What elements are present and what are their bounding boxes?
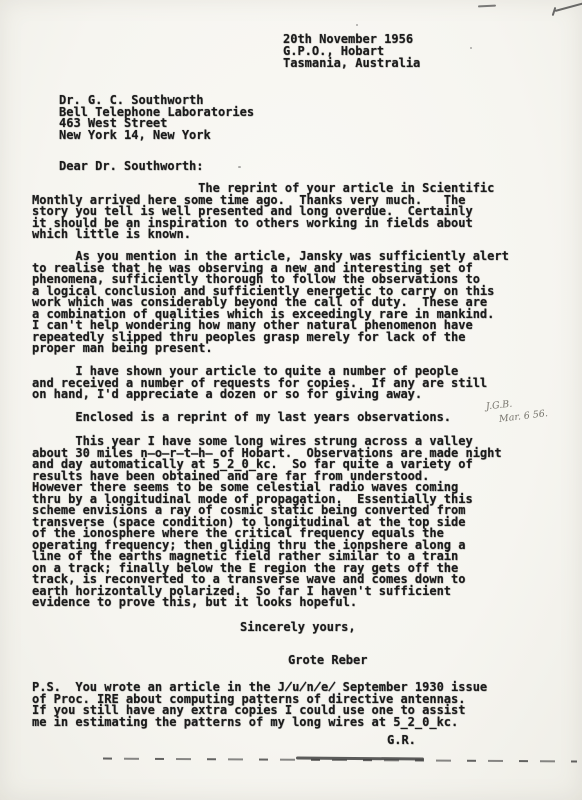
pen-mark-dash [478, 5, 496, 8]
paper-speck [470, 47, 472, 49]
signature-name: Grote Reber [288, 655, 367, 667]
body-paragraph: The reprint of your article in Scientifi… [32, 183, 494, 241]
body-paragraph: As you mention in the article, Jansky wa… [32, 251, 509, 355]
scanned-letter-page: 20th November 1956 G.P.O., Hobart Tasman… [0, 0, 582, 800]
body-paragraph: Enclosed is a reprint of my last years o… [32, 412, 451, 424]
recipient-address: Dr. G. C. Southworth Bell Telephone Labo… [59, 95, 254, 141]
paper-speck [238, 166, 241, 168]
handwritten-annotation-date: Mar. 6 56. [499, 409, 549, 425]
body-paragraph: I have shown your article to quite a num… [32, 366, 487, 401]
dateline: 20th November 1956 G.P.O., Hobart Tasman… [283, 33, 420, 69]
handwritten-annotation-initials: J.G.B. [486, 400, 513, 413]
postscript: P.S. You wrote an article in the J̸u̸n̸e… [32, 682, 487, 728]
pen-mark-stroke [555, 3, 582, 12]
paper-speck [356, 24, 358, 26]
body-paragraph: This year I have some long wires strung … [32, 436, 502, 609]
signature-initials: G.R. [387, 735, 416, 747]
salutation: Dear Dr. Southworth: [59, 161, 204, 173]
closing: Sincerely yours, [240, 622, 356, 634]
